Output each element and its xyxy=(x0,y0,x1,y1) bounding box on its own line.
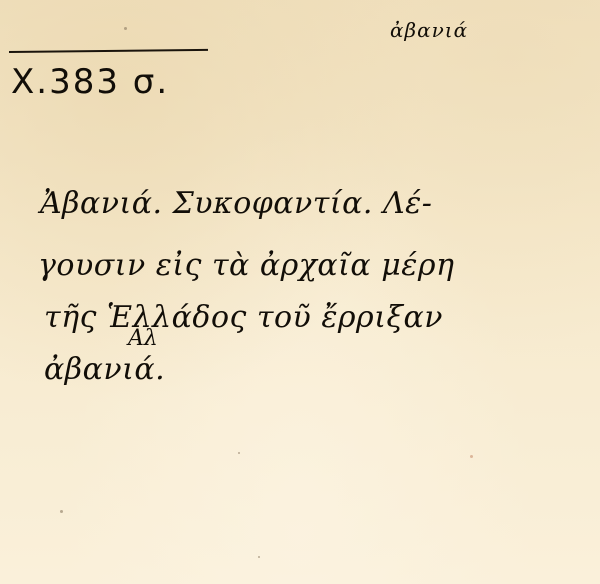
body-line-4: ἀβανιά. xyxy=(44,352,165,387)
interlinear-correction: Αλ xyxy=(128,326,158,351)
body-line-2: γουσιν εἰς τὰ ἀρχαῖα μέρη xyxy=(38,248,454,283)
body-line-3: τῆς Ἑλλάδος τοῦ ἔρριξαν xyxy=(44,300,443,335)
shelfmark-number: X.383 σ. xyxy=(11,62,169,102)
headword: ἀβανιά xyxy=(390,18,468,42)
paper-speck xyxy=(124,27,127,30)
body-line-1: Ἀβανιά. Συκοφαντία. Λέ- xyxy=(40,186,432,221)
paper-stain xyxy=(470,455,473,458)
index-card: X.383 σ. ἀβανιά Ἀβανιά. Συκοφαντία. Λέ- … xyxy=(0,0,600,584)
paper-speck xyxy=(238,452,240,454)
header-rule xyxy=(9,49,208,53)
paper-speck xyxy=(258,556,260,558)
paper-speck xyxy=(60,510,63,513)
